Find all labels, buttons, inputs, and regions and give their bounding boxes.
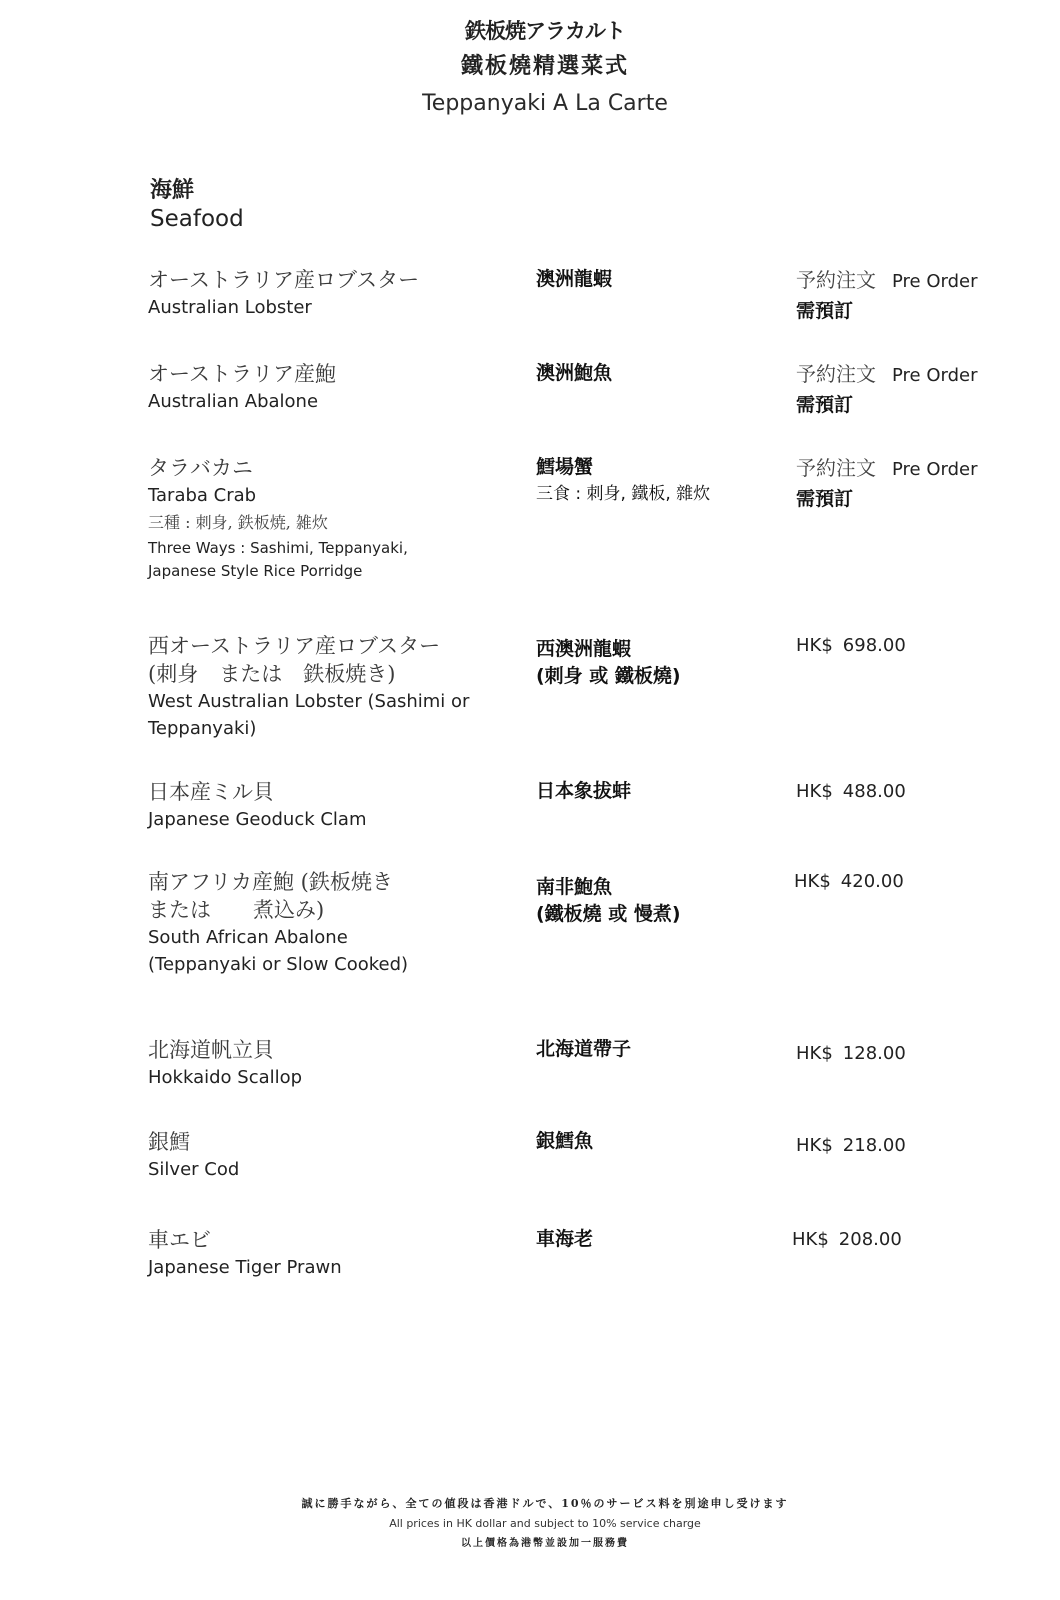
item-name-japanese: 銀鱈 xyxy=(148,1128,508,1156)
item-price: HK$208.00 xyxy=(792,1226,1032,1254)
item-name-japanese-line1: 西オーストラリア産ロブスター xyxy=(148,632,508,660)
item-price: HK$698.00 xyxy=(796,632,1036,660)
preorder-japanese: 予約注文 xyxy=(796,268,876,292)
item-name-english: Japanese Geoduck Clam xyxy=(148,806,508,833)
item-name-chinese-line2: (刺身 或 鐵板燒) xyxy=(536,663,776,690)
price-value: 488.00 xyxy=(843,781,906,802)
item-name-chinese: 北海道帶子 xyxy=(536,1036,776,1063)
item-name-chinese: 銀鱈魚 xyxy=(536,1128,776,1155)
item-name-english: Taraba Crab xyxy=(148,482,508,509)
preorder-japanese: 予約注文 xyxy=(796,362,876,386)
price-value: 128.00 xyxy=(843,1043,906,1064)
item-name-english: Hokkaido Scallop xyxy=(148,1064,508,1091)
menu-footer: 誠に勝手ながら、全ての値段は香港ドルで、10％のサービス料を別途申し受けます A… xyxy=(0,1494,1060,1554)
item-name-japanese: 北海道帆立貝 xyxy=(148,1036,508,1064)
item-name-english: Silver Cod xyxy=(148,1156,508,1183)
item-description-english-line1: Three Ways : Sashimi, Teppanyaki, xyxy=(148,537,508,560)
item-price: HK$420.00 xyxy=(794,868,1034,896)
item-name-japanese: タラバカニ xyxy=(148,454,508,482)
preorder-label: 予約注文Pre Order 需預訂 xyxy=(796,360,1036,419)
service-charge-note-english: All prices in HK dollar and subject to 1… xyxy=(0,1514,1060,1534)
service-charge-note-japanese: 誠に勝手ながら、全ての値段は香港ドルで、10％のサービス料を別途申し受けます xyxy=(0,1494,1060,1514)
item-name-chinese: 澳洲龍蝦 xyxy=(536,266,776,293)
item-description-chinese: 三食 : 刺身, 鐵板, 雜炊 xyxy=(536,481,776,507)
menu-header: 鉄板焼アラカルト 鐵板燒精選菜式 Teppanyaki A La Carte xyxy=(0,14,1060,122)
preorder-label: 予約注文Pre Order 需預訂 xyxy=(796,454,1036,513)
title-chinese: 鐵板燒精選菜式 xyxy=(0,48,1060,84)
item-name-english-line2: (Teppanyaki or Slow Cooked) xyxy=(148,951,508,978)
item-name-english-line2: Teppanyaki) xyxy=(148,715,508,742)
preorder-chinese: 需預訂 xyxy=(796,297,1036,325)
title-english: Teppanyaki A La Carte xyxy=(0,86,1060,122)
section-heading-seafood: 海鮮 Seafood xyxy=(150,176,244,234)
item-name-japanese: オーストラリア産鮑 xyxy=(148,360,508,388)
currency-label: HK$ xyxy=(796,1043,833,1064)
item-name-english: Japanese Tiger Prawn xyxy=(148,1254,508,1281)
preorder-english: Pre Order xyxy=(892,365,978,386)
item-name-japanese: 日本産ミル貝 xyxy=(148,778,508,806)
preorder-english: Pre Order xyxy=(892,459,978,480)
currency-label: HK$ xyxy=(792,1229,829,1250)
preorder-english: Pre Order xyxy=(892,271,978,292)
item-name-chinese: 澳洲鮑魚 xyxy=(536,360,776,387)
item-name-english-line1: South African Abalone xyxy=(148,924,508,951)
currency-label: HK$ xyxy=(796,1135,833,1156)
preorder-chinese: 需預訂 xyxy=(796,391,1036,419)
item-name-chinese: 日本象拔蚌 xyxy=(536,778,776,805)
service-charge-note-chinese: 以上價格為港幣並設加一服務費 xyxy=(0,1534,1060,1554)
price-value: 420.00 xyxy=(841,871,904,892)
preorder-chinese: 需預訂 xyxy=(796,485,1036,513)
item-price: HK$218.00 xyxy=(796,1132,1036,1160)
item-name-english-line1: West Australian Lobster (Sashimi or xyxy=(148,688,508,715)
item-price: HK$128.00 xyxy=(796,1040,1036,1068)
menu-page: 鉄板焼アラカルト 鐵板燒精選菜式 Teppanyaki A La Carte 海… xyxy=(0,0,1060,1600)
item-description-english-line2: Japanese Style Rice Porridge xyxy=(148,560,508,583)
item-name-english: Australian Abalone xyxy=(148,388,508,415)
item-name-chinese-line1: 西澳洲龍蝦 xyxy=(536,636,776,663)
item-name-chinese: 鱈場蟹 xyxy=(536,454,776,481)
item-name-japanese: 車エビ xyxy=(148,1226,508,1254)
currency-label: HK$ xyxy=(796,635,833,656)
preorder-japanese: 予約注文 xyxy=(796,456,876,480)
item-name-chinese: 車海老 xyxy=(536,1226,776,1253)
item-name-japanese: オーストラリア産ロブスター xyxy=(148,266,508,294)
item-name-japanese-line2: (刺身 または 鉄板焼き) xyxy=(148,660,508,688)
price-value: 208.00 xyxy=(839,1229,902,1250)
item-name-japanese-line2: または 煮込み) xyxy=(148,896,508,924)
currency-label: HK$ xyxy=(794,871,831,892)
title-japanese: 鉄板焼アラカルト xyxy=(0,14,1060,48)
item-name-chinese-line1: 南非鮑魚 xyxy=(536,874,776,901)
item-price: HK$488.00 xyxy=(796,778,1036,806)
section-title-chinese: 海鮮 xyxy=(150,176,244,204)
item-description-japanese: 三種 : 刺身, 鉄板焼, 雑炊 xyxy=(148,509,508,537)
currency-label: HK$ xyxy=(796,781,833,802)
preorder-label: 予約注文Pre Order 需預訂 xyxy=(796,266,1036,325)
section-title-english: Seafood xyxy=(150,204,244,234)
price-value: 698.00 xyxy=(843,635,906,656)
item-name-japanese-line1: 南アフリカ産鮑 (鉄板焼き xyxy=(148,868,508,896)
price-value: 218.00 xyxy=(843,1135,906,1156)
item-name-english: Australian Lobster xyxy=(148,294,508,321)
item-name-chinese-line2: (鐵板燒 或 慢煮) xyxy=(536,901,776,928)
